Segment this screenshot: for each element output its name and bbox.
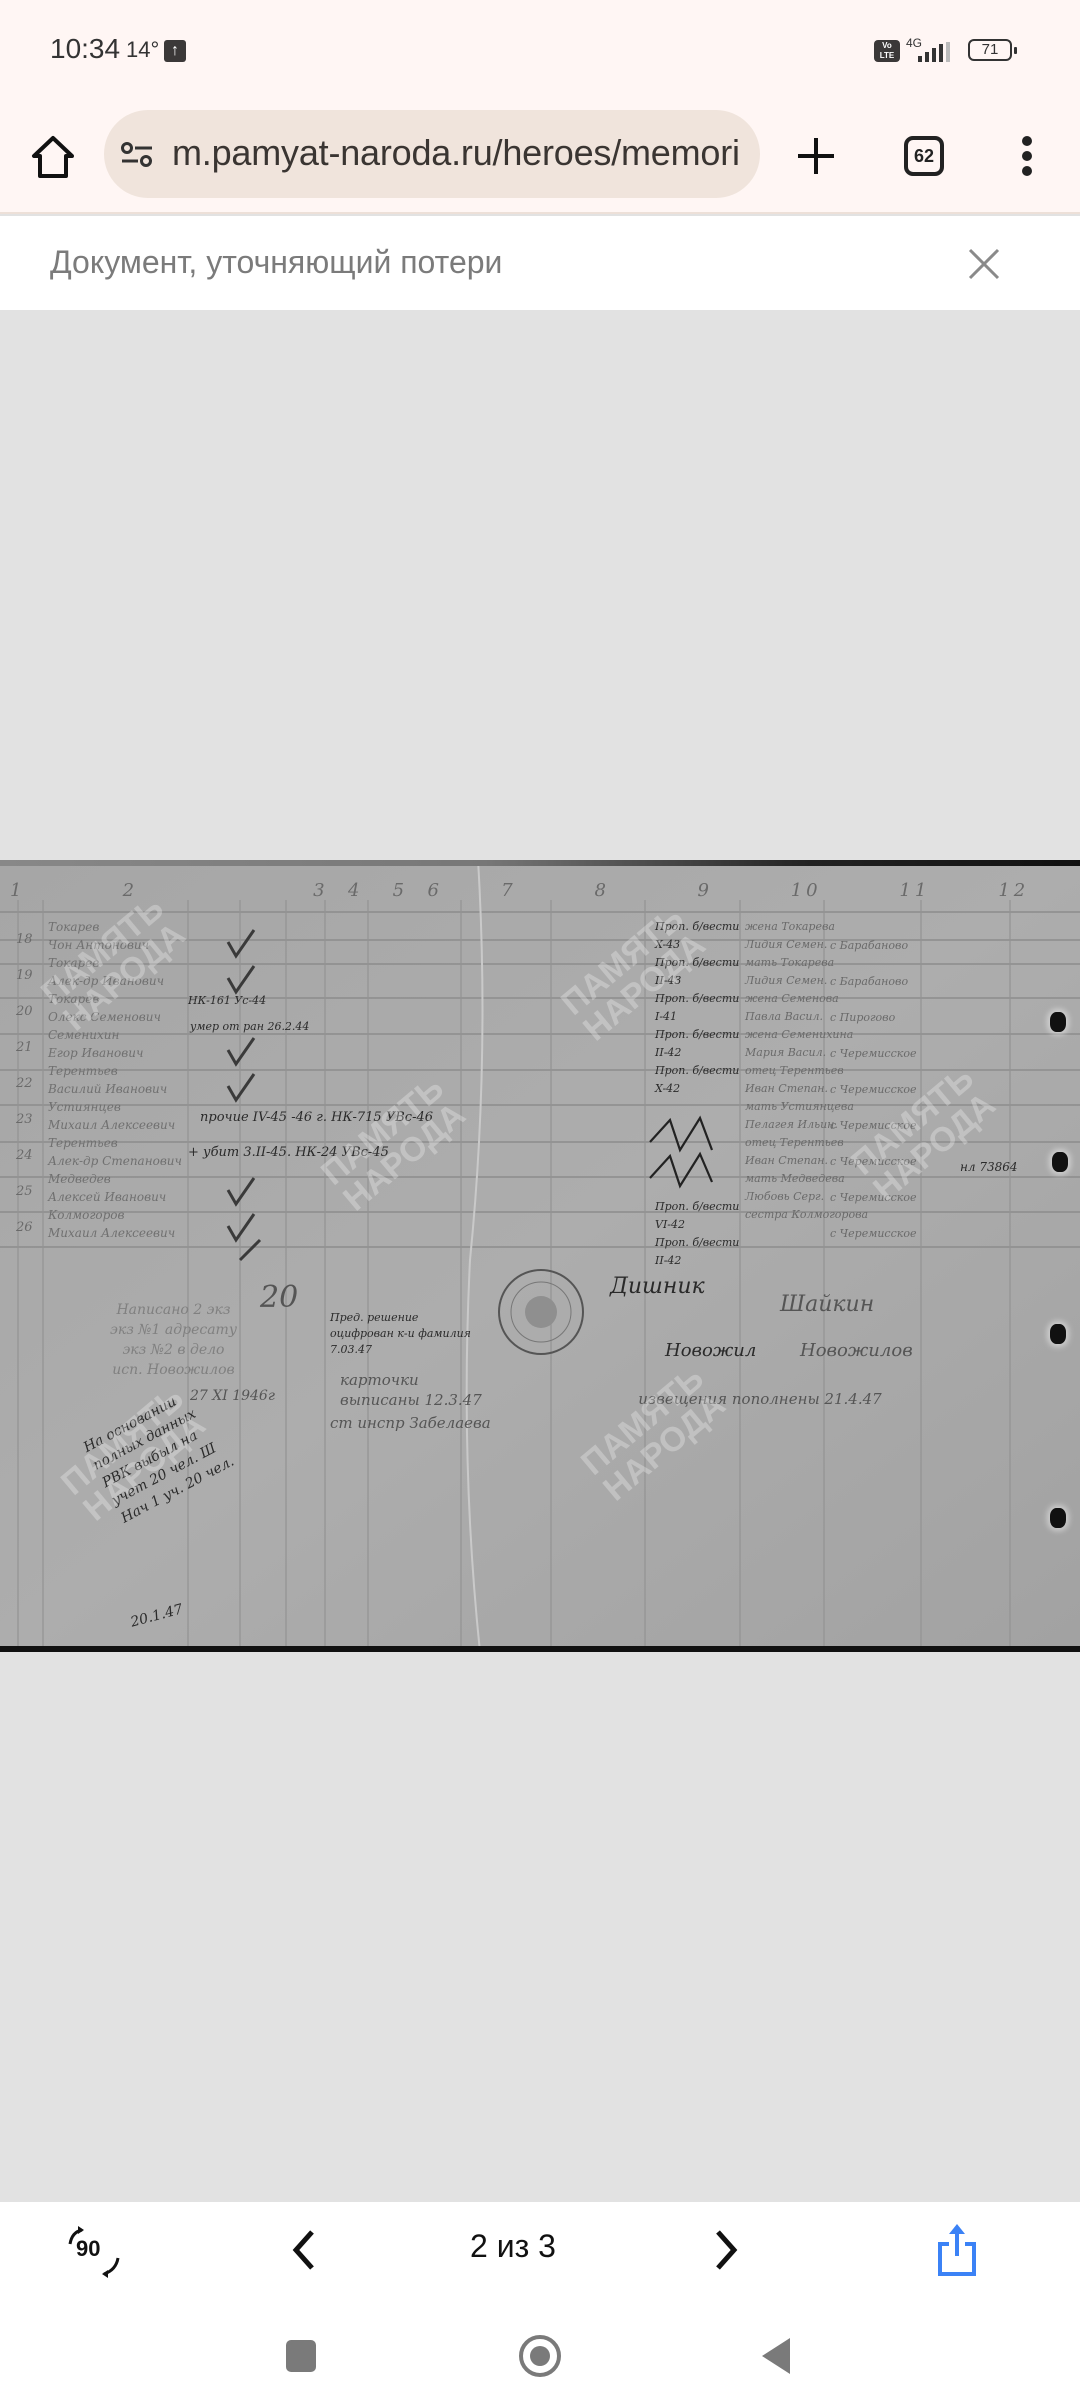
rotate-button[interactable]: 90	[64, 2224, 124, 2280]
home-circle-icon[interactable]	[519, 2335, 561, 2377]
signal-icon	[918, 42, 950, 62]
plus-icon	[790, 130, 842, 182]
volte-icon: VoLTE	[874, 40, 900, 62]
page-indicator: 2 из 3	[470, 2228, 556, 2265]
scan-edge-bottom	[0, 1646, 1080, 1652]
back-triangle-icon[interactable]	[762, 2338, 790, 2374]
viewer-header: Документ, уточняющий потери	[0, 216, 1080, 310]
date-note: 27 XI 1946г	[190, 1388, 275, 1404]
scan-edge-top	[0, 860, 1080, 866]
battery-icon: 71	[968, 39, 1012, 61]
column-headers: 1 2 3 4 5 6 7 8 9 10 11 12 13 14	[10, 880, 1080, 901]
mark-number: 20	[260, 1280, 298, 1315]
next-page-button[interactable]	[706, 2228, 746, 2272]
row-numbers: 181920212223242526	[16, 922, 33, 1246]
upload-icon: ↑	[164, 40, 186, 62]
rotate-label: 90	[76, 2236, 100, 2262]
chevron-left-icon	[284, 2228, 324, 2272]
card-note: карточки выписаны 12.3.47	[340, 1370, 490, 1410]
document-scan[interactable]: 1 2 3 4 5 6 7 8 9 10 11 12 13 14 1819202…	[0, 860, 1080, 1652]
signature-1: Дишник	[610, 1274, 705, 1299]
status-bar: 10:34 14° ↑ VoLTE 4G 71	[0, 0, 1080, 106]
browser-toolbar: m.pamyat-naroda.ru/heroes/memori 62	[0, 106, 1080, 214]
document-title: Документ, уточняющий потери	[50, 244, 502, 281]
home-button[interactable]	[28, 132, 78, 182]
chevron-right-icon	[706, 2228, 746, 2272]
document-viewer[interactable]: 1 2 3 4 5 6 7 8 9 10 11 12 13 14 1819202…	[0, 310, 1080, 2202]
tune-icon[interactable]	[120, 140, 154, 170]
recent-apps-icon[interactable]	[286, 2340, 316, 2372]
tab-switcher-button[interactable]: 62	[904, 136, 944, 176]
home-icon	[28, 132, 78, 182]
url-text[interactable]: m.pamyat-naroda.ru/heroes/memori	[172, 132, 740, 174]
signature-novozhilov: Новожилов	[800, 1340, 913, 1361]
previous-page-button[interactable]	[284, 2228, 324, 2272]
clock: 10:34	[50, 33, 120, 65]
close-button[interactable]	[962, 242, 1006, 286]
punch-hole	[1050, 1012, 1066, 1032]
system-navigation-bar	[0, 2298, 1080, 2400]
address-bar[interactable]: m.pamyat-naroda.ru/heroes/memori	[104, 110, 760, 198]
new-tab-button[interactable]	[790, 130, 842, 182]
temperature: 14°	[126, 37, 159, 63]
number-note: нл 73864	[960, 1160, 1018, 1174]
signature-shaykin: Шайкин	[780, 1292, 874, 1317]
share-button[interactable]	[934, 2222, 980, 2278]
address-column: с Барабановос Барабановос Пироговос Чере…	[830, 928, 916, 1252]
close-icon	[962, 242, 1006, 286]
share-icon	[934, 2222, 980, 2278]
viewer-toolbar: 90 2 из 3	[0, 2202, 1080, 2298]
more-vert-icon[interactable]	[1012, 130, 1042, 182]
